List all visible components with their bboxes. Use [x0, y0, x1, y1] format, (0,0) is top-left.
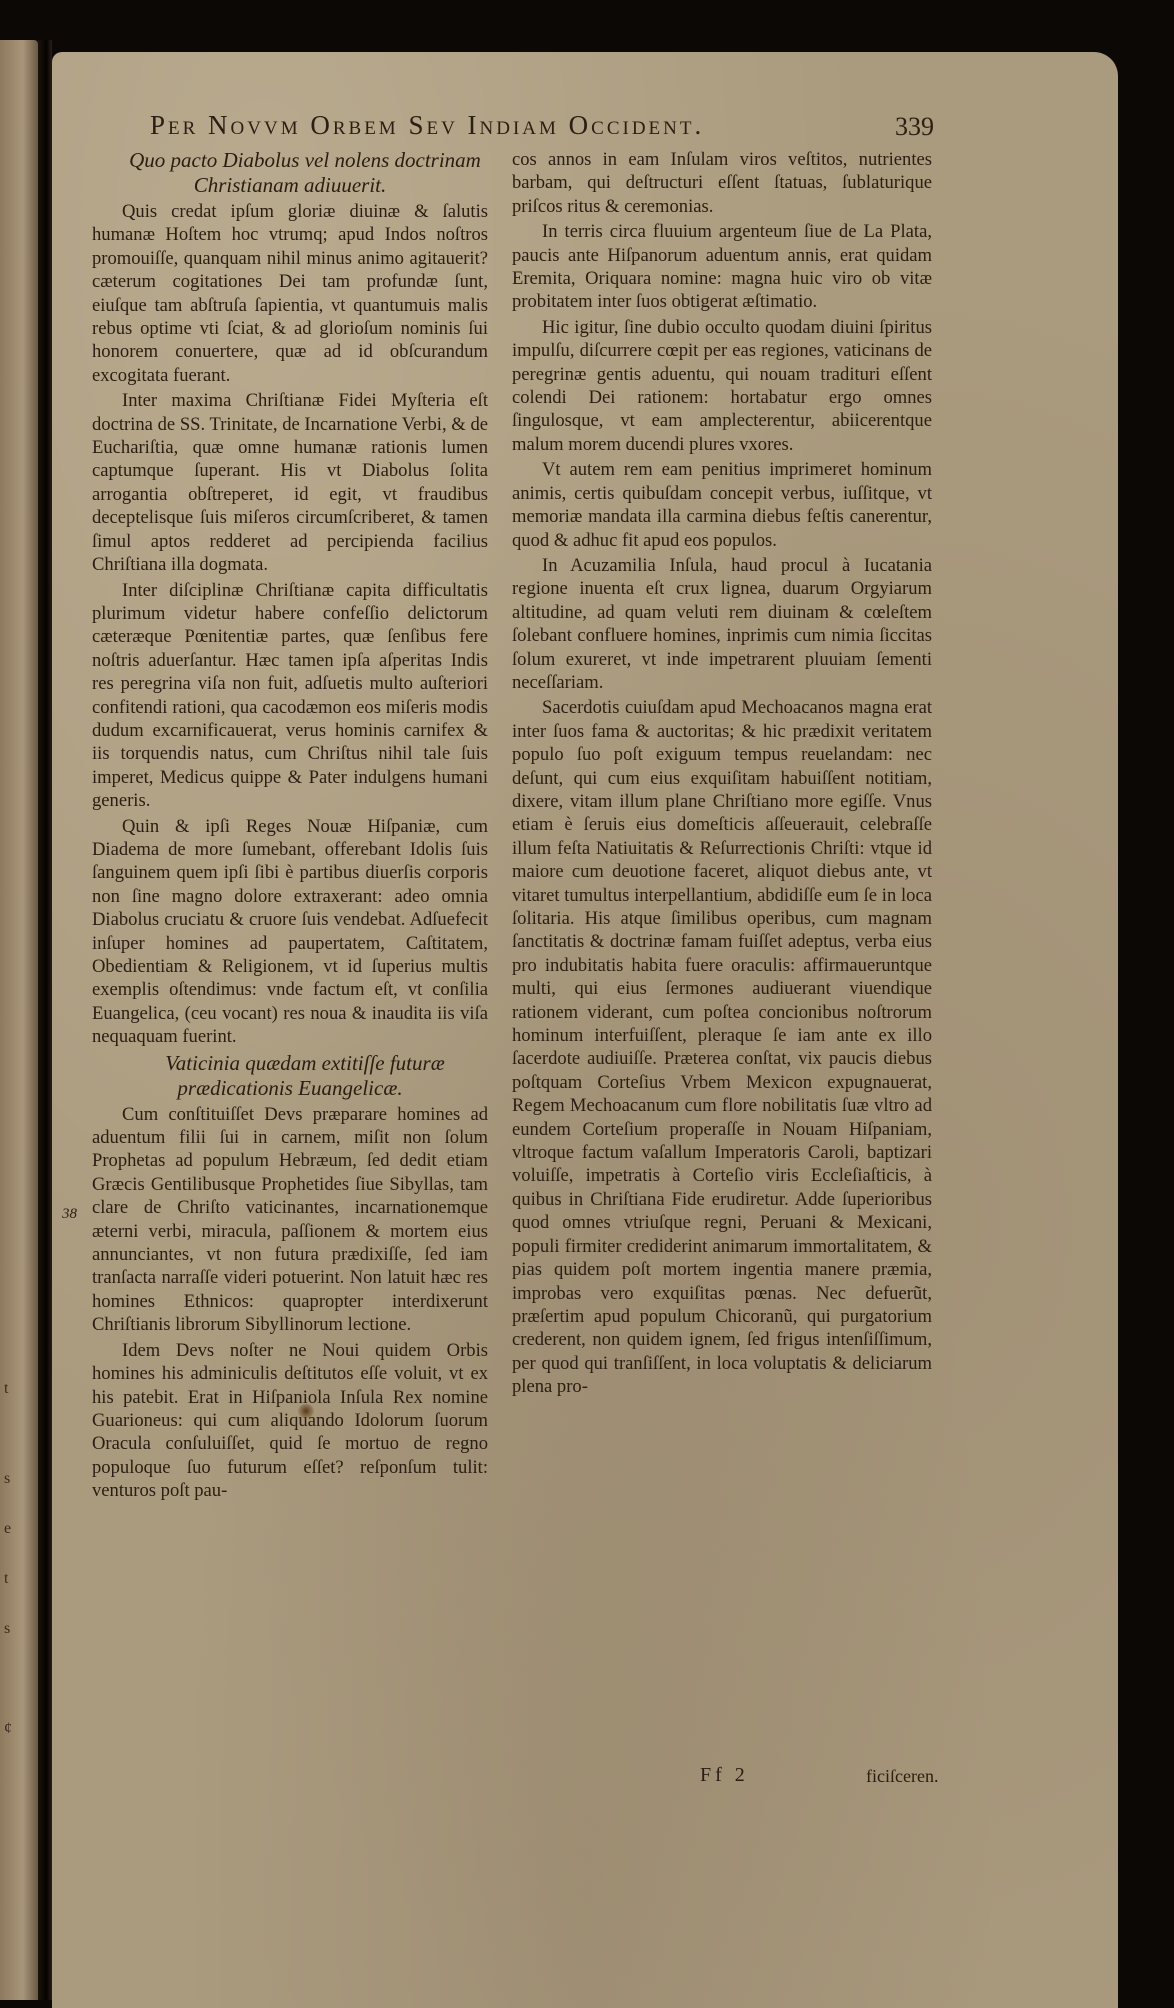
margin-fragment: e — [4, 1520, 11, 1538]
paragraph: Inter diſciplinæ Chriſtianæ capita diffi… — [92, 579, 488, 813]
page-number: 339 — [895, 112, 934, 142]
running-head: Per Novvm Orbem Sev Indiam Occident. — [150, 110, 900, 141]
section-heading: Quo pacto Diabolus vel nolens doctrinam … — [92, 148, 488, 198]
section-heading: Vaticinia quædam extitiſſe futuræ prædic… — [92, 1051, 488, 1101]
margin-fragment: t — [4, 1380, 8, 1398]
right-column: cos annos in eam Inſulam viros veſtitos,… — [512, 148, 932, 1401]
paragraph: Quin & ipſi Reges Nouæ Hiſpaniæ, cum Dia… — [92, 815, 488, 1049]
marginal-number: 38 — [62, 1206, 77, 1223]
paragraph: Sacerdotis cuiuſdam apud Mechoacanos mag… — [512, 696, 932, 1398]
paragraph: Vt autem rem eam penitius imprimeret hom… — [512, 458, 932, 552]
margin-fragment: ¢ — [4, 1720, 12, 1738]
facing-page-edge: t s e t s ¢ — [0, 40, 38, 2000]
paragraph: Idem Devs noſter ne Noui quidem Orbis ho… — [92, 1339, 488, 1503]
catchword: ficiſceren. — [866, 1766, 938, 1787]
paragraph-continuation: cos annos in eam Inſulam viros veſtitos,… — [512, 148, 932, 218]
paragraph: Inter maxima Chriſtianæ Fidei Myſteria e… — [92, 389, 488, 576]
paragraph: In Acuzamilia Inſula, haud procul à Iuca… — [512, 554, 932, 694]
margin-fragment: s — [4, 1620, 10, 1638]
left-column: Quo pacto Diabolus vel nolens doctrinam … — [92, 148, 488, 1505]
paragraph: Quis credat ipſum gloriæ diuinæ & ſaluti… — [92, 200, 488, 387]
margin-fragment: t — [4, 1570, 8, 1588]
paragraph: Hic igitur, ſine dubio occulto quodam di… — [512, 316, 932, 456]
paragraph: Cum conſtituiſſet Devs præparare homines… — [92, 1103, 488, 1337]
margin-fragment: s — [4, 1470, 10, 1488]
ink-stain — [298, 1404, 314, 1418]
signature-mark: Ff 2 — [700, 1764, 749, 1787]
book-gutter — [38, 40, 52, 2000]
paragraph: In terris circa fluuium argenteum ſiue d… — [512, 220, 932, 314]
